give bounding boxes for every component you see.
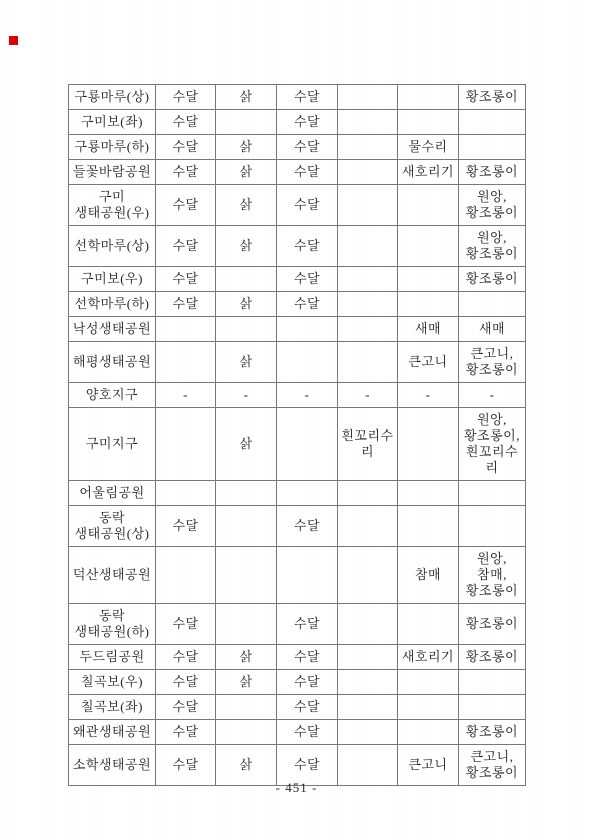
table-row: 구미 생태공원(우)수달삵수달원앙, 황조롱이 [69, 185, 526, 226]
table-row: 양호지구------ [69, 383, 526, 408]
table-row: 덕산생태공원참매원앙, 참매, 황조롱이 [69, 547, 526, 604]
species-cell: 삵 [216, 670, 277, 695]
site-name-cell: 덕산생태공원 [69, 547, 156, 604]
species-cell [398, 408, 459, 481]
species-cell: 새매 [398, 317, 459, 342]
species-cell: 황조롱이 [459, 604, 526, 645]
species-cell: 수달 [156, 110, 216, 135]
species-cell [338, 604, 398, 645]
species-cell: 수달 [156, 85, 216, 110]
table-row: 구미보(우)수달수달황조롱이 [69, 267, 526, 292]
species-cell [277, 408, 338, 481]
species-cell: 수달 [277, 292, 338, 317]
species-cell [398, 720, 459, 745]
species-cell: 삵 [216, 85, 277, 110]
site-name-cell: 왜관생태공원 [69, 720, 156, 745]
species-cell [216, 547, 277, 604]
species-cell: 수달 [277, 720, 338, 745]
species-cell [398, 604, 459, 645]
species-cell: 수달 [277, 645, 338, 670]
species-cell: 황조롱이 [459, 645, 526, 670]
species-cell [156, 342, 216, 383]
species-cell: 수달 [277, 267, 338, 292]
table-row: 어울림공원 [69, 481, 526, 506]
species-cell: 황조롱이 [459, 720, 526, 745]
species-cell [398, 695, 459, 720]
species-cell: 원앙, 황조롱이 [459, 226, 526, 267]
site-name-cell: 선학마루(하) [69, 292, 156, 317]
table-row: 왜관생태공원수달수달황조롱이 [69, 720, 526, 745]
species-cell [459, 110, 526, 135]
table-row: 칠곡보(우)수달삵수달 [69, 670, 526, 695]
species-cell [459, 695, 526, 720]
species-cell [338, 292, 398, 317]
site-name-cell: 양호지구 [69, 383, 156, 408]
species-cell [398, 670, 459, 695]
site-name-cell: 선학마루(상) [69, 226, 156, 267]
species-cell: 수달 [277, 160, 338, 185]
species-table: 구룡마루(상)수달삵수달황조롱이구미보(좌)수달수달구룡마루(하)수달삵수달물수… [68, 84, 526, 786]
species-cell: 수달 [277, 135, 338, 160]
species-cell [338, 342, 398, 383]
site-name-cell: 구룡마루(하) [69, 135, 156, 160]
species-cell [338, 226, 398, 267]
species-cell [338, 135, 398, 160]
species-cell: 수달 [277, 670, 338, 695]
table-row: 칠곡보(좌)수달수달 [69, 695, 526, 720]
table-row: 들꽃바람공원수달삵수달새호리기황조롱이 [69, 160, 526, 185]
species-cell [216, 695, 277, 720]
site-name-cell: 구미보(우) [69, 267, 156, 292]
species-cell [338, 185, 398, 226]
species-cell [216, 267, 277, 292]
species-cell [277, 481, 338, 506]
species-cell [398, 110, 459, 135]
species-cell: 삵 [216, 342, 277, 383]
species-cell: 수달 [156, 645, 216, 670]
species-cell [216, 604, 277, 645]
table-row: 구룡마루(하)수달삵수달물수리 [69, 135, 526, 160]
species-cell: 수달 [156, 670, 216, 695]
table-row: 동락 생태공원(상)수달수달 [69, 506, 526, 547]
species-cell: 수달 [277, 506, 338, 547]
species-cell: 새호리기 [398, 645, 459, 670]
species-cell [459, 506, 526, 547]
species-cell: 삵 [216, 135, 277, 160]
species-cell [398, 267, 459, 292]
species-cell: 새호리기 [398, 160, 459, 185]
species-cell: - [277, 383, 338, 408]
species-cell: 삵 [216, 408, 277, 481]
species-cell: 수달 [156, 267, 216, 292]
table-row: 동락 생태공원(하)수달수달황조롱이 [69, 604, 526, 645]
species-cell [216, 506, 277, 547]
species-cell [459, 481, 526, 506]
species-cell: 원앙, 황조롱이 [459, 185, 526, 226]
species-cell: 수달 [156, 720, 216, 745]
species-cell: 수달 [156, 604, 216, 645]
species-cell [398, 185, 459, 226]
species-cell: 삵 [216, 185, 277, 226]
species-cell [338, 85, 398, 110]
species-cell [216, 110, 277, 135]
species-cell: 물수리 [398, 135, 459, 160]
table-row: 낙성생태공원새매새매 [69, 317, 526, 342]
species-cell: - [216, 383, 277, 408]
table-row: 선학마루(상)수달삵수달원앙, 황조롱이 [69, 226, 526, 267]
red-annotation-marker [9, 36, 18, 45]
species-cell: 삵 [216, 645, 277, 670]
species-cell: 수달 [277, 695, 338, 720]
species-cell [338, 160, 398, 185]
table-row: 구미보(좌)수달수달 [69, 110, 526, 135]
species-cell: 수달 [156, 135, 216, 160]
species-cell: 황조롱이 [459, 85, 526, 110]
species-cell: 큰고니, 황조롱이 [459, 342, 526, 383]
site-name-cell: 구미지구 [69, 408, 156, 481]
species-cell: 수달 [156, 506, 216, 547]
species-cell: 삵 [216, 226, 277, 267]
species-cell [459, 135, 526, 160]
species-cell [216, 317, 277, 342]
species-cell: - [398, 383, 459, 408]
species-cell [398, 292, 459, 317]
species-cell [156, 408, 216, 481]
species-cell: - [156, 383, 216, 408]
table-row: 구룡마루(상)수달삵수달황조롱이 [69, 85, 526, 110]
site-name-cell: 구미보(좌) [69, 110, 156, 135]
species-cell: 수달 [277, 185, 338, 226]
species-cell: 참매 [398, 547, 459, 604]
site-name-cell: 해평생태공원 [69, 342, 156, 383]
page-number: - 451 - [0, 780, 593, 796]
species-cell: 수달 [156, 695, 216, 720]
species-cell: 새매 [459, 317, 526, 342]
species-cell: 황조롱이 [459, 267, 526, 292]
species-cell [216, 720, 277, 745]
species-cell [277, 342, 338, 383]
table-body: 구룡마루(상)수달삵수달황조롱이구미보(좌)수달수달구룡마루(하)수달삵수달물수… [69, 85, 526, 786]
table-row: 두드림공원수달삵수달새호리기황조롱이 [69, 645, 526, 670]
table-row: 해평생태공원삵큰고니큰고니, 황조롱이 [69, 342, 526, 383]
species-cell [338, 267, 398, 292]
site-name-cell: 칠곡보(좌) [69, 695, 156, 720]
site-name-cell: 구룡마루(상) [69, 85, 156, 110]
species-cell: 수달 [156, 185, 216, 226]
species-cell [338, 317, 398, 342]
species-cell [338, 720, 398, 745]
species-cell: 큰고니 [398, 342, 459, 383]
site-name-cell: 구미 생태공원(우) [69, 185, 156, 226]
species-cell: 흰꼬리수리 [338, 408, 398, 481]
species-cell [459, 670, 526, 695]
species-cell: 황조롱이 [459, 160, 526, 185]
table-row: 선학마루(하)수달삵수달 [69, 292, 526, 317]
site-name-cell: 동락 생태공원(상) [69, 506, 156, 547]
document-page: 구룡마루(상)수달삵수달황조롱이구미보(좌)수달수달구룡마루(하)수달삵수달물수… [0, 0, 593, 840]
species-cell [277, 317, 338, 342]
species-cell [338, 645, 398, 670]
species-cell [156, 547, 216, 604]
species-cell [216, 481, 277, 506]
species-cell [459, 292, 526, 317]
species-cell: - [459, 383, 526, 408]
species-cell [398, 226, 459, 267]
species-cell [338, 110, 398, 135]
species-cell [398, 481, 459, 506]
site-name-cell: 두드림공원 [69, 645, 156, 670]
species-cell [156, 317, 216, 342]
species-cell [338, 481, 398, 506]
species-cell: 수달 [277, 85, 338, 110]
species-cell [338, 695, 398, 720]
site-name-cell: 칠곡보(우) [69, 670, 156, 695]
site-name-cell: 어울림공원 [69, 481, 156, 506]
table-row: 구미지구삵흰꼬리수리원앙, 황조롱이, 흰꼬리수리 [69, 408, 526, 481]
species-cell [277, 547, 338, 604]
site-name-cell: 들꽃바람공원 [69, 160, 156, 185]
species-cell: 삵 [216, 160, 277, 185]
species-cell: 삵 [216, 292, 277, 317]
species-cell [338, 670, 398, 695]
species-cell: 원앙, 참매, 황조롱이 [459, 547, 526, 604]
species-cell: 수달 [156, 292, 216, 317]
species-cell [398, 506, 459, 547]
species-cell [156, 481, 216, 506]
species-cell: 수달 [156, 226, 216, 267]
site-name-cell: 낙성생태공원 [69, 317, 156, 342]
species-cell: 수달 [277, 604, 338, 645]
species-cell: 수달 [277, 110, 338, 135]
species-cell [338, 547, 398, 604]
species-cell: 수달 [277, 226, 338, 267]
site-name-cell: 동락 생태공원(하) [69, 604, 156, 645]
species-cell: 원앙, 황조롱이, 흰꼬리수리 [459, 408, 526, 481]
species-cell: - [338, 383, 398, 408]
species-cell [398, 85, 459, 110]
species-cell: 수달 [156, 160, 216, 185]
species-cell [338, 506, 398, 547]
